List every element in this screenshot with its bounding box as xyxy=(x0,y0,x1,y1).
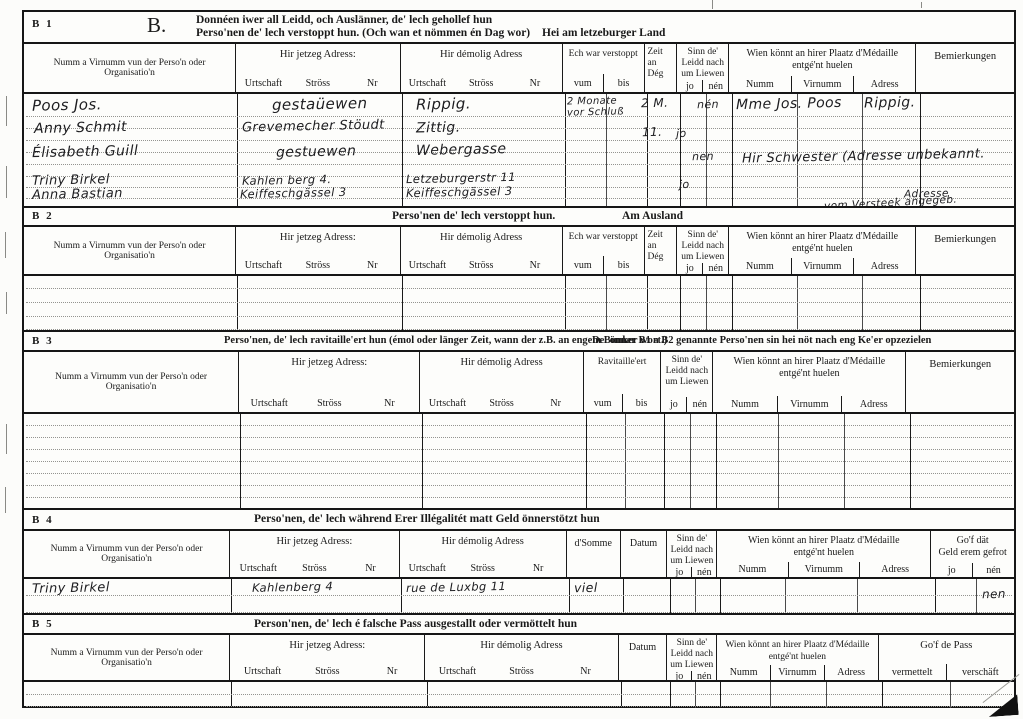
scan-artifact xyxy=(6,424,7,454)
section-b2-id: B 2 xyxy=(32,210,54,222)
col-header-bemierkungen: Bemierkungen xyxy=(916,227,1014,274)
section-b1-title-line1: Donnéen iwer all Leidd, och Auslänner, d… xyxy=(196,14,492,26)
section-b2: B 2 Perso'nen de' lech verstoppt hun. Am… xyxy=(22,206,1016,332)
col-header-demolig-adress: Hir démolig Adress UrtschaftStrössNr xyxy=(425,635,618,680)
scan-artifact xyxy=(6,166,7,198)
section-b5-id: B 5 xyxy=(32,618,54,630)
col-header-somme: d'Somme xyxy=(567,531,621,577)
handwritten-text: Anna Bastian xyxy=(32,186,123,203)
col-header-medaille: Wien könnt an hirer Plaatz d'Médailleent… xyxy=(717,531,931,577)
section-b1-title-line2: Perso'nen de' lech verstoppt hun. (Och w… xyxy=(196,27,530,39)
section-b3-id: B 3 xyxy=(32,335,54,347)
col-header-datum: Datum xyxy=(621,531,668,577)
section-b5: B 5 Person'nen, de' lech é falsche Pass … xyxy=(22,613,1016,708)
section-b4-title-row: B 4 Perso'nen, de' lech während Erer Ill… xyxy=(24,510,1014,531)
col-header-name: Numm a Virnumm vun der Perso'n oder Orga… xyxy=(24,227,236,274)
handwritten-text: Anny Schmit xyxy=(34,119,127,137)
col-header-name: Numm a Virnumm vun der Perso'n oder Orga… xyxy=(24,352,239,412)
col-header-sinn-liewen: Sinn de'Leidd nachum Liewen jonén xyxy=(667,635,717,680)
section-b4-body: Triny Birkel Kahlenberg 4 rue de Luxbg 1… xyxy=(24,579,1014,615)
section-b1-id: B 1 xyxy=(32,18,54,30)
col-header-demolig-adress: Hir démolig Adress UrtschaftStrössNr xyxy=(401,44,563,92)
section-b2-body xyxy=(24,276,1014,332)
scan-artifact xyxy=(6,96,7,126)
col-header-zeit: ZeitanDég xyxy=(645,227,678,274)
handwritten-text: Webergasse xyxy=(416,141,507,159)
col-header-medaille: Wien könnt an hirer Plaatz d'Médailleent… xyxy=(729,44,916,92)
handwritten-text: jo xyxy=(676,127,687,140)
section-b3-body xyxy=(24,414,1014,510)
section-b3-title-row: B 3 Perso'nen, de' lech ravitaille'ert h… xyxy=(24,332,1014,352)
handwritten-text: 2 M. xyxy=(641,96,669,111)
scanned-form-page: B 1 B. Donnéen iwer all Leidd, och Auslä… xyxy=(0,0,1023,719)
col-header-bemierkungen: Bemierkungen xyxy=(916,44,1014,92)
col-header-name: Numm a Virnumm vun der Perso'n oder Orga… xyxy=(24,635,230,680)
col-header-sinn-liewen: Sinn de'Leidd nachum Liewen jonén xyxy=(677,44,729,92)
section-b5-title-row: B 5 Person'nen, de' lech é falsche Pass … xyxy=(24,615,1014,635)
handwritten-text: rue de Luxbg 11 xyxy=(406,579,506,595)
col-header-medaille: Wien könnt an hirer Plaatz d'Médailleent… xyxy=(729,227,916,274)
section-b2-title-line2: Am Ausland xyxy=(622,210,683,222)
scan-artifact xyxy=(6,292,7,314)
col-header-medaille: Wien könnt an hirer Plaatz d'Médailleent… xyxy=(713,352,906,412)
handwritten-text: Mme Jos. Poos xyxy=(736,95,842,113)
handwritten-text: Élisabeth Guill xyxy=(32,143,139,161)
handwritten-text: nén xyxy=(697,98,719,111)
scan-artifact xyxy=(5,487,6,513)
section-b4: B 4 Perso'nen, de' lech während Erer Ill… xyxy=(22,508,1016,615)
scan-artifact xyxy=(921,2,922,8)
scan-artifact xyxy=(712,0,713,9)
section-b5-body xyxy=(24,682,1014,708)
handwritten-text: jo xyxy=(679,178,690,191)
section-b5-title-line1: Person'nen, de' lech é falsche Pass ausg… xyxy=(254,618,577,630)
col-header-demolig-adress: Hir démolig Adress UrtschaftStrössNr xyxy=(401,227,563,274)
section-b2-title-line1: Perso'nen de' lech verstoppt hun. xyxy=(392,210,555,222)
handwritten-text: nen xyxy=(982,587,1006,601)
col-header-datum: Datum xyxy=(619,635,668,680)
handwritten-text: Kahlenberg 4 xyxy=(252,579,333,595)
col-header-demolig-adress: Hir démolig Adress UrtschaftStrössNr xyxy=(400,531,567,577)
handwritten-text: gestaüewen xyxy=(272,94,368,114)
col-header-jetzeg-adress: Hir jetzeg Adress: UrtschaftStrössNr xyxy=(236,44,400,92)
col-header-sinn-liewen: Sinn de'Leidd nachum Liewen jonén xyxy=(661,352,713,412)
col-header-jetzeg-adress: Hir jetzeg Adress: UrtschaftStrössNr xyxy=(230,635,425,680)
col-header-gof-de-pass: Go'f de Pass vermetteltverschäft xyxy=(879,635,1014,680)
section-b4-id: B 4 xyxy=(32,514,54,526)
col-header-bemierkungen: Bemierkungen xyxy=(906,352,1014,412)
col-header-name: Numm a Virnumm vun der Perso'n oder Orga… xyxy=(24,44,236,92)
form-letter: B. xyxy=(147,13,166,38)
col-header-medaille: Wien könnt an hirer Plaatz d'Médailleent… xyxy=(717,635,878,680)
section-b1-title-row: B 1 B. Donnéen iwer all Leidd, och Auslä… xyxy=(24,12,1014,44)
section-b1-body: Poos Jos. gestaüewen Rippig. 2 Monate vo… xyxy=(24,94,1014,206)
handwritten-text: Grevemecher Stöudt xyxy=(242,118,385,136)
handwritten-text: nen xyxy=(692,150,714,163)
col-header-jetzeg-adress: Hir jetzeg Adress: UrtschaftStrössNr xyxy=(236,227,400,274)
handwritten-text: viel xyxy=(574,580,598,595)
section-b3: B 3 Perso'nen, de' lech ravitaille'ert h… xyxy=(22,330,1016,510)
col-header-demolig-adress: Hir démolig Adress UrtschaftStrössNr xyxy=(420,352,583,412)
section-b1: B 1 B. Donnéen iwer all Leidd, och Auslä… xyxy=(22,10,1016,208)
handwritten-text: Rippig. xyxy=(864,94,916,111)
col-header-name: Numm a Virnumm vun der Perso'n oder Orga… xyxy=(24,531,230,577)
handwritten-text: Triny Birkel xyxy=(32,580,110,597)
section-b5-header: Numm a Virnumm vun der Perso'n oder Orga… xyxy=(24,635,1014,682)
col-header-zeit: ZeitanDég xyxy=(645,44,678,92)
col-header-verstoppt: Ech war verstoppt vumbis xyxy=(563,227,645,274)
section-b2-title-row: B 2 Perso'nen de' lech verstoppt hun. Am… xyxy=(24,208,1014,227)
handwritten-text: Keiffeschgässel 3 xyxy=(406,184,513,200)
col-header-sinn-liewen: Sinn de'Leidd nachum Liewen jonén xyxy=(677,227,729,274)
section-b3-header: Numm a Virnumm vun der Perso'n oder Orga… xyxy=(24,352,1014,414)
handwritten-text: gestuewen xyxy=(276,143,357,161)
col-header-sinn-liewen: Sinn de'Leidd nachum Liewen jonén xyxy=(667,531,717,577)
handwritten-text: Rippig. xyxy=(416,94,471,113)
col-header-jetzeg-adress: Hir jetzeg Adress: UrtschaftStrössNr xyxy=(239,352,420,412)
col-header-geld-gefrot: Go'f dätGeld erem gefrot jonén xyxy=(931,531,1014,577)
handwritten-text: vor Schluß xyxy=(567,106,624,118)
scan-artifact xyxy=(5,232,6,258)
section-b4-title-line1: Perso'nen, de' lech während Erer Illégal… xyxy=(254,513,600,525)
col-header-jetzeg-adress: Hir jetzeg Adress: UrtschaftStrössNr xyxy=(230,531,399,577)
handwritten-text: Keiffeschgässel 3 xyxy=(240,185,347,201)
col-header-ravitailleert: Ravitaille'ert vumbis xyxy=(584,352,662,412)
section-b1-header: Numm a Virnumm vun der Perso'n oder Orga… xyxy=(24,44,1014,94)
section-b2-header: Numm a Virnumm vun der Perso'n oder Orga… xyxy=(24,227,1014,276)
handwritten-text: Zittig. xyxy=(416,120,461,137)
section-b4-header: Numm a Virnumm vun der Perso'n oder Orga… xyxy=(24,531,1014,579)
col-header-verstoppt: Ech war verstoppt vumbis xyxy=(563,44,645,92)
handwritten-text: Poos Jos. xyxy=(32,95,102,114)
handwritten-text: 11. xyxy=(642,125,663,139)
section-b1-title-line2b: Hei am letzeburger Land xyxy=(542,27,665,39)
section-b3-title-line2: De' önner B1 a B2 genannte Perso'nen sin… xyxy=(592,335,931,346)
